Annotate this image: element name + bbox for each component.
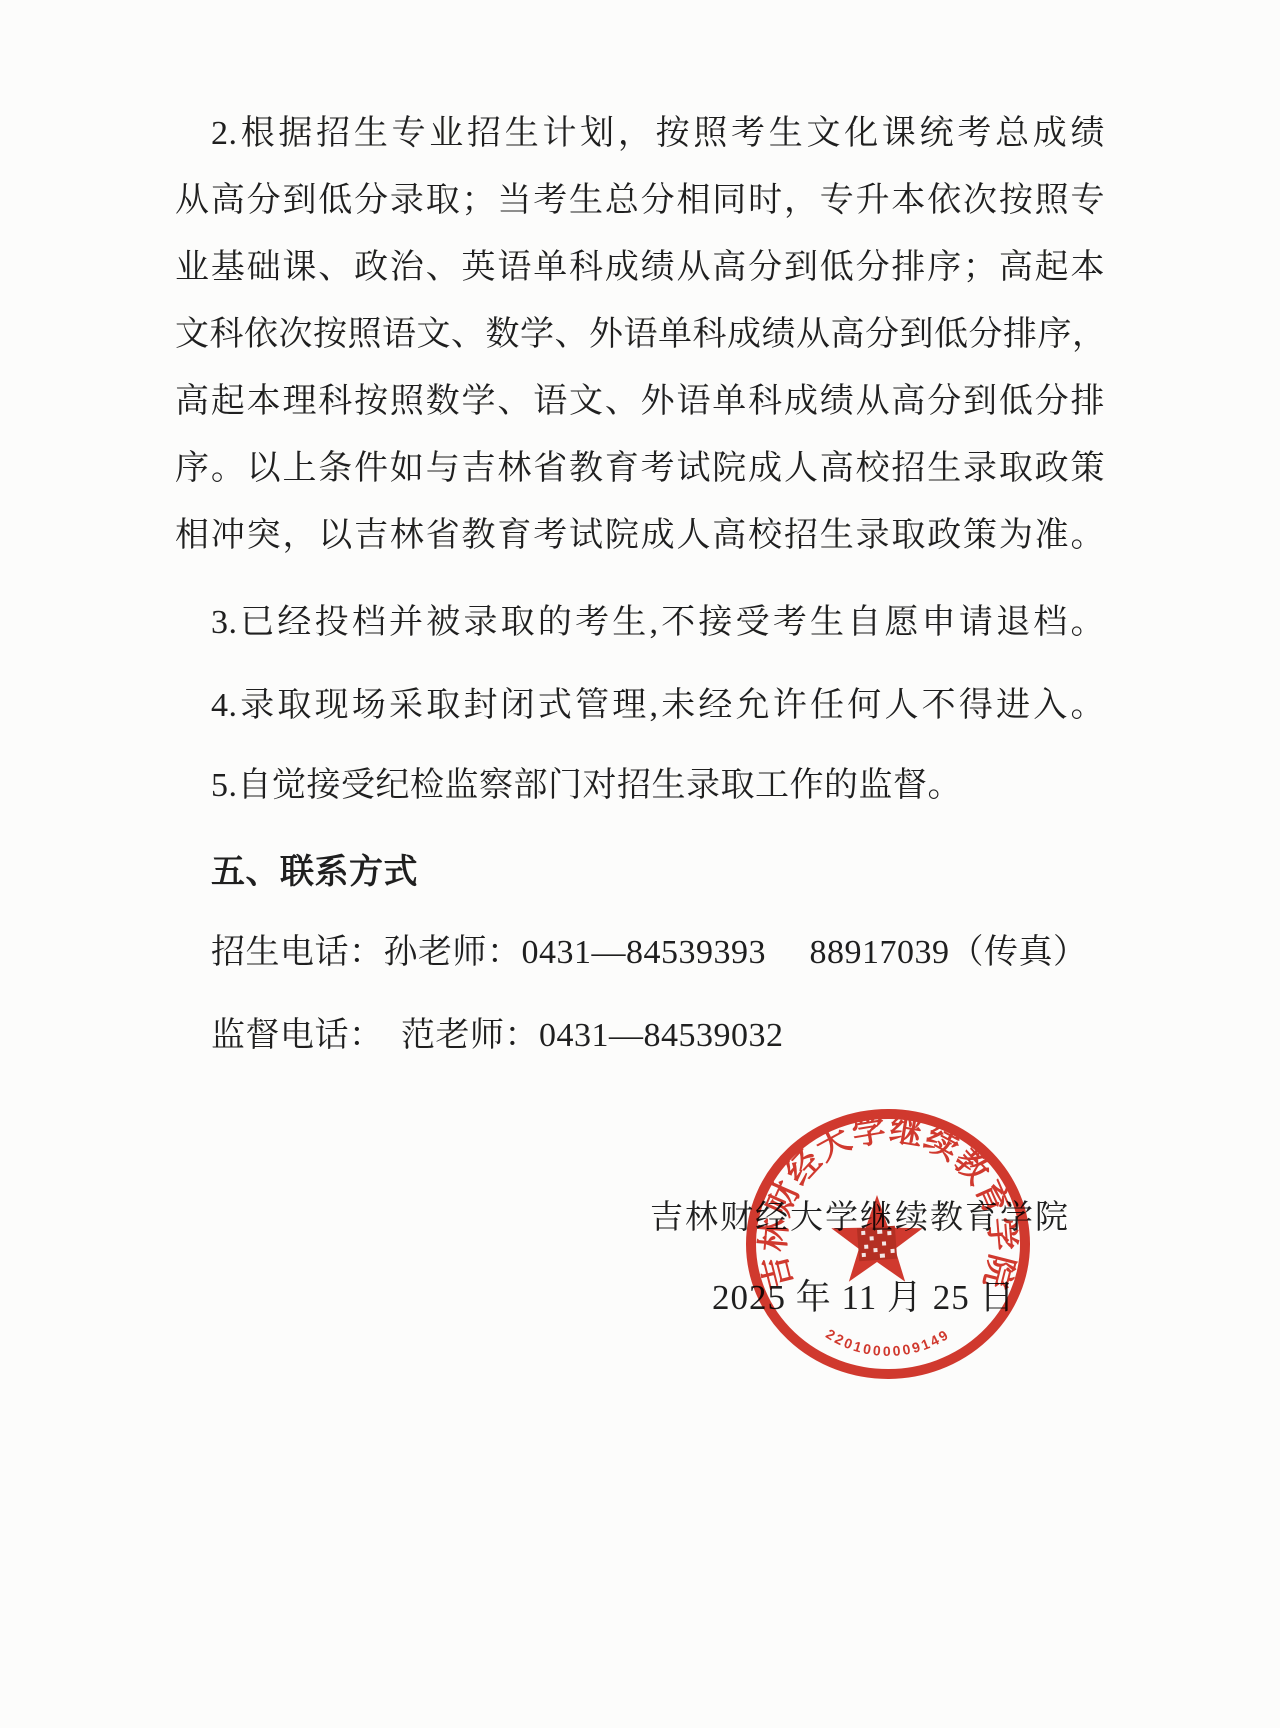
stamp-serial-number: 2201000009149: [823, 1326, 953, 1359]
paragraph-2-line-7: 相冲突，以吉林省教育考试院成人高校招生录取政策为准。: [175, 502, 1105, 569]
item-4: 4.录取现场采取封闭式管理,未经允许任何人不得进入。: [175, 672, 1105, 739]
paragraph-2-line-5: 高起本理科按照数学、语文、外语单科成绩从高分到低分排: [175, 368, 1105, 435]
paragraph-2-line-3: 业基础课、政治、英语单科成绩从高分到低分排序；高起本: [175, 234, 1105, 301]
admission-phone-line: 招生电话：孙老师：0431—84539393 88917039（传真）: [175, 919, 1105, 986]
official-seal-stamp: 吉林财经大学继续教育学院 2201000009149: [720, 1085, 1060, 1405]
supervision-phone-line: 监督电话： 范老师：0431—84539032: [175, 1002, 1105, 1069]
paragraph-2-line-6: 序。以上条件如与吉林省教育考试院成人高校招生录取政策: [175, 435, 1105, 502]
paragraph-2-line-4: 文科依次按照语文、数学、外语单科成绩从高分到低分排序，: [175, 301, 1105, 368]
paragraph-2-line-1: 2.根据招生专业招生计划，按照考生文化课统考总成绩: [175, 100, 1105, 167]
item-5: 5.自觉接受纪检监察部门对招生录取工作的监督。: [175, 752, 1105, 819]
document-page: 2.根据招生专业招生计划，按照考生文化课统考总成绩 从高分到低分录取；当考生总分…: [0, 0, 1280, 1728]
item-3: 3.已经投档并被录取的考生,不接受考生自愿申请退档。: [175, 589, 1105, 656]
document-body: 2.根据招生专业招生计划，按照考生文化课统考总成绩 从高分到低分录取；当考生总分…: [175, 100, 1105, 1069]
stamp-code-square: [857, 1226, 897, 1262]
contact-section-heading: 五、联系方式: [175, 839, 1105, 906]
paragraph-2-line-2: 从高分到低分录取；当考生总分相同时，专升本依次按照专: [175, 167, 1105, 234]
